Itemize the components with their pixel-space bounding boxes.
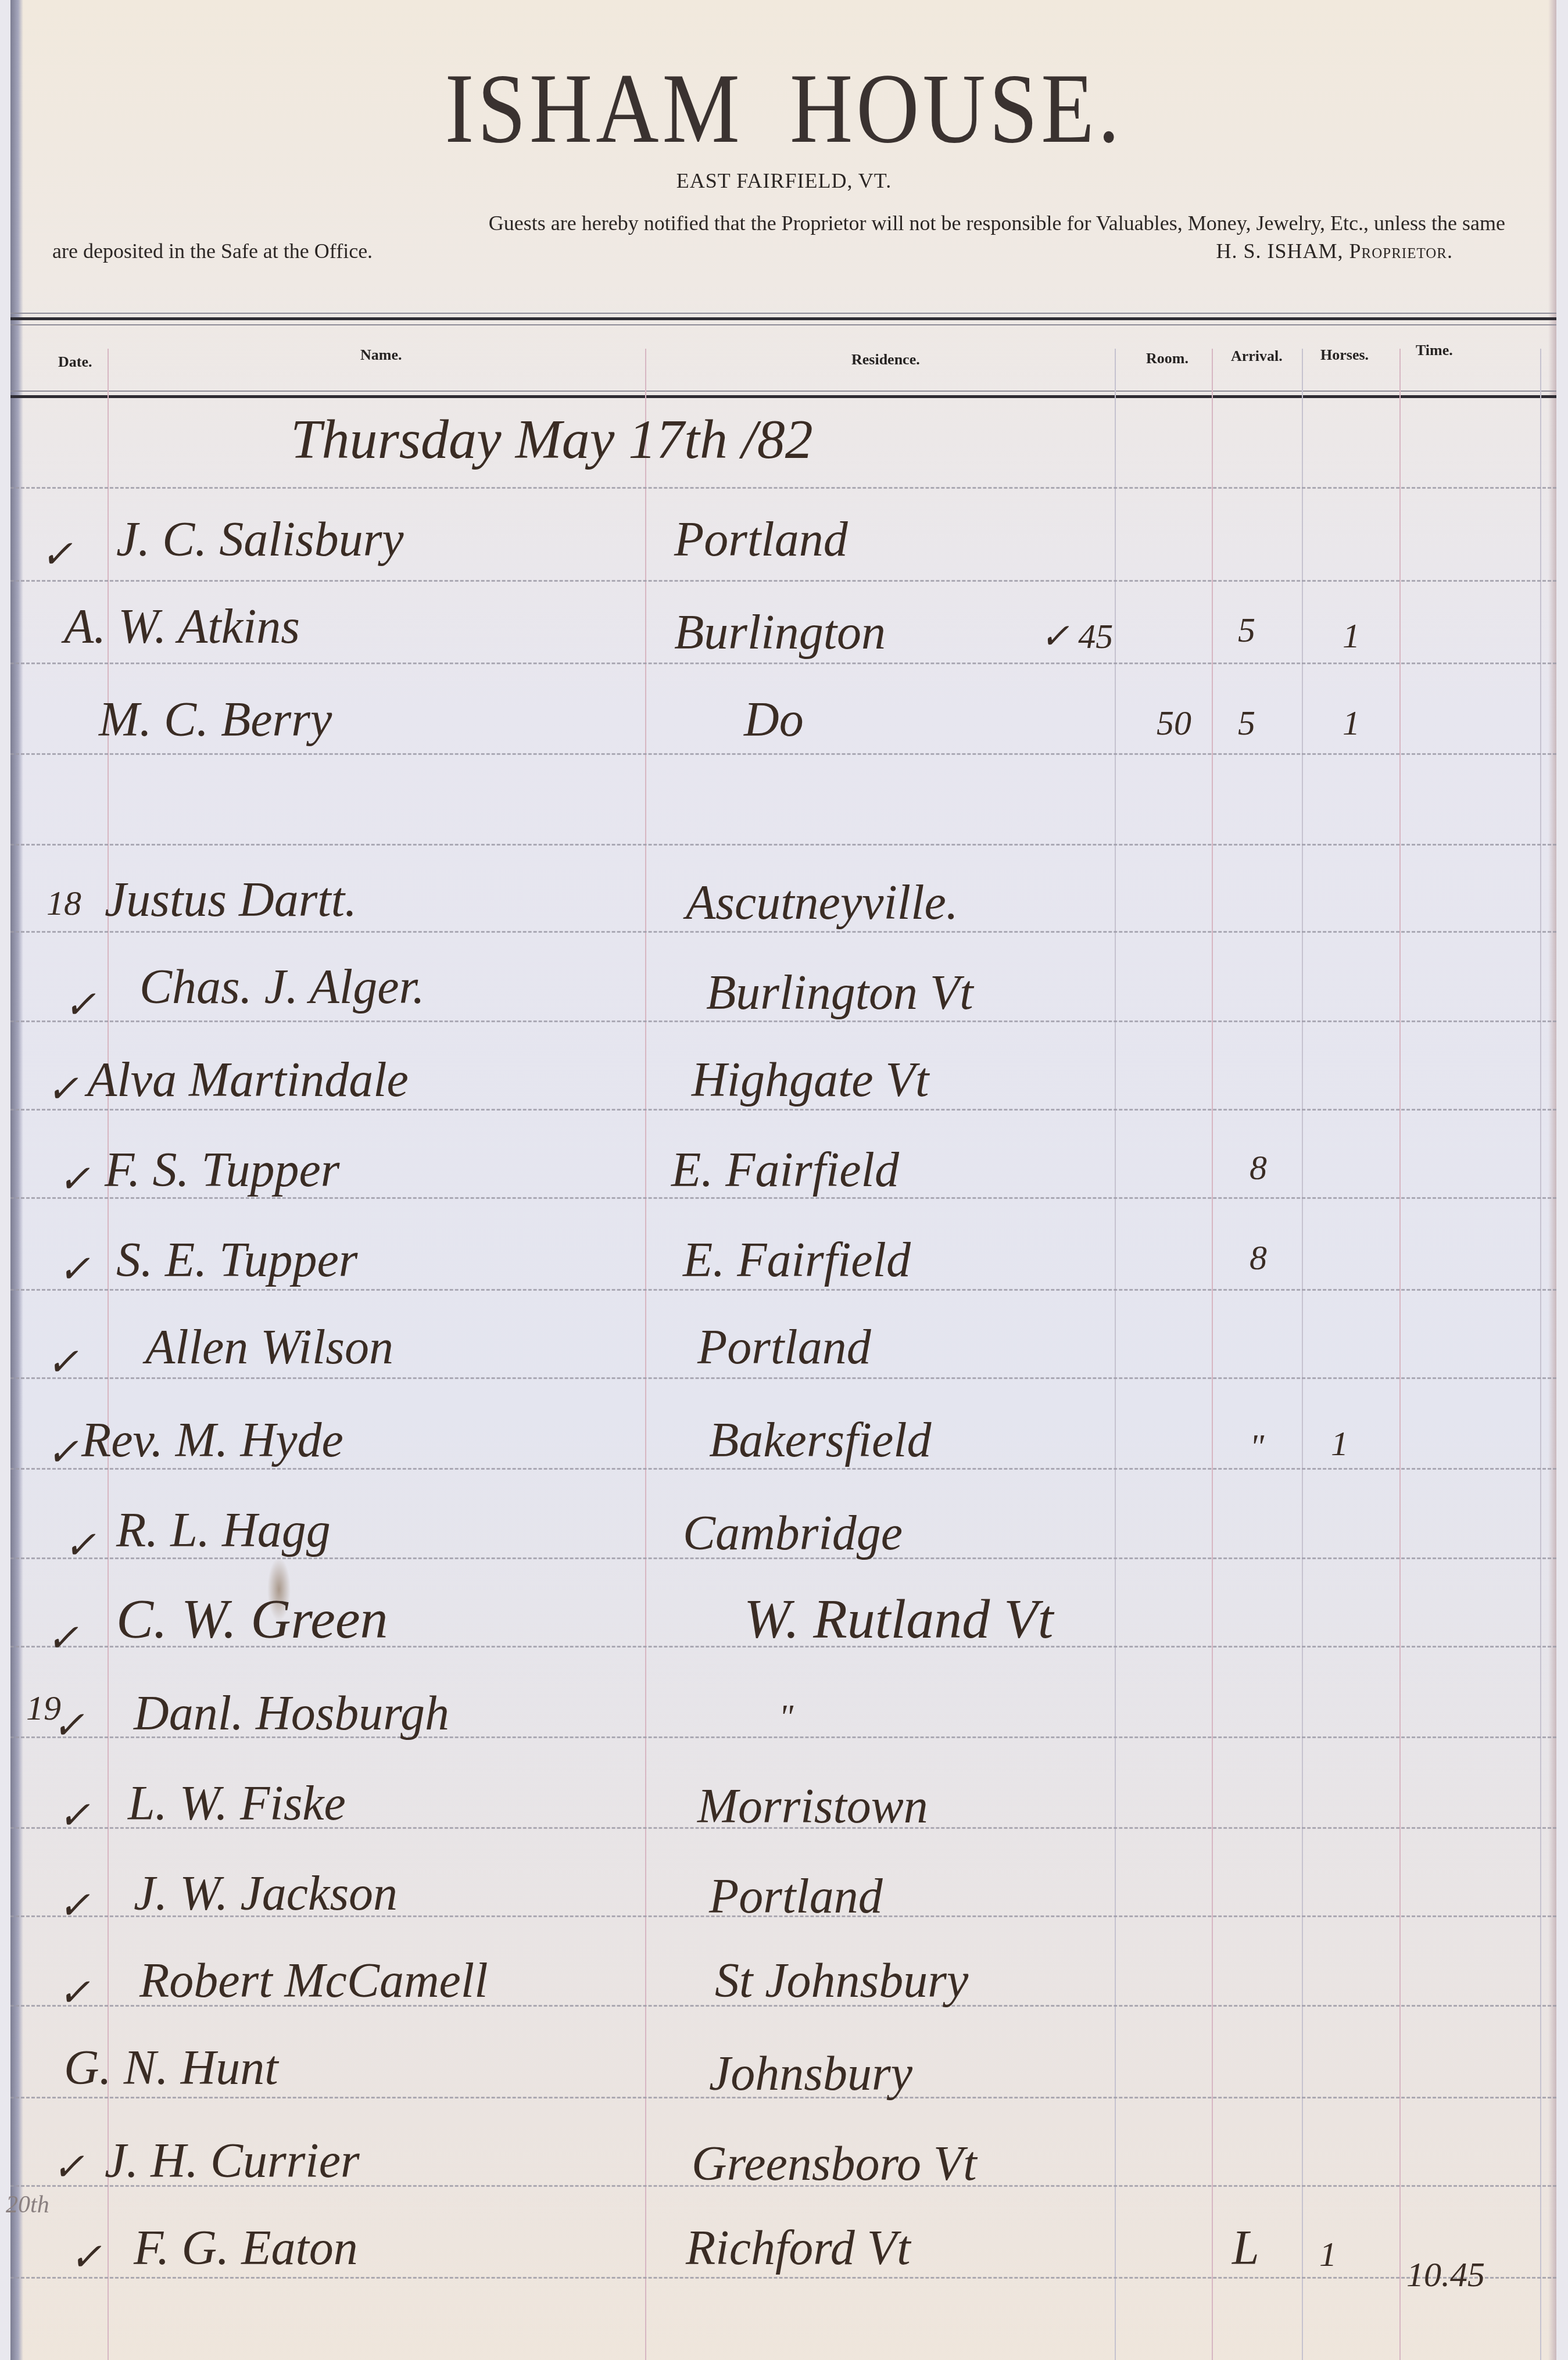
date-heading: Thursday May 17th /82 [291, 407, 813, 471]
guest-name: Allen Wilson [145, 1319, 393, 1376]
guest-residence: Burlington Vt [706, 965, 973, 1021]
guest-name: A. W. Atkins [64, 599, 300, 655]
guest-residence: Burlington [674, 604, 886, 661]
proprietor-signature: H. S. ISHAM, Proprietor. [1216, 237, 1453, 265]
checkmark-icon: ✓ [46, 1340, 78, 1385]
guest-name: J. C. Salisbury [116, 511, 404, 568]
column-divider-time [1540, 349, 1541, 2360]
checkmark-icon: ✓ [64, 1523, 96, 1568]
checkmark-icon: ✓ [52, 2144, 84, 2190]
guest-name: F. S. Tupper [105, 1142, 340, 1198]
guest-name: C. W. Green [116, 1587, 388, 1651]
column-divider-horses [1399, 349, 1401, 2360]
guest-name: J. W. Jackson [134, 1865, 398, 1922]
column-divider-name [645, 349, 646, 2360]
arrival-value: 5 [1238, 610, 1255, 650]
guest-name: Robert McCamell [139, 1953, 488, 2009]
notice-line-2: are deposited in the Safe at the Office. [52, 237, 373, 265]
column-header-residence: Residence. [851, 351, 920, 368]
guest-residence: Cambridge [683, 1505, 903, 1562]
guest-residence: Do [744, 692, 804, 748]
guest-name: R. L. Hagg [116, 1502, 331, 1559]
checkmark-icon: ✓ [58, 1156, 90, 1202]
hotel-title: ISHAMHOUSE. [0, 51, 1568, 166]
column-header-arrival: Arrival. [1231, 348, 1283, 365]
date-value: 20th [6, 2191, 49, 2219]
header-rule-bottom-thick [10, 395, 1556, 398]
row-line [10, 931, 1556, 933]
guest-residence: Morristown [697, 1778, 928, 1835]
checkmark-icon: ✓ [58, 1970, 90, 2015]
checkmark-icon: ✓ [58, 1247, 90, 1292]
row-line [10, 1289, 1556, 1291]
guest-residence: St Johnsbury [715, 1953, 968, 2009]
guest-name: M. C. Berry [99, 692, 332, 748]
horses-value: 1 [1343, 616, 1360, 656]
guest-name: G. N. Hunt [64, 2040, 278, 2096]
time-value: 10.45 [1406, 2255, 1485, 2295]
horses-value: 1 [1319, 2234, 1337, 2275]
row-line [10, 2277, 1556, 2279]
column-header-name: Name. [360, 346, 402, 364]
checkmark-icon: ✓ [46, 1430, 78, 1475]
room-number: ✓ 45 [1040, 616, 1113, 657]
row-line [10, 662, 1556, 664]
arrival-value: L [1232, 2220, 1259, 2276]
guest-residence: Highgate Vt [692, 1052, 929, 1108]
room-number: 50 [1157, 703, 1191, 743]
arrival-value: " [1250, 1427, 1264, 1467]
column-divider-room [1212, 349, 1213, 2360]
guest-residence: Portland [674, 511, 848, 568]
column-header-time: Time. [1416, 342, 1453, 359]
row-line [10, 753, 1556, 755]
row-line [10, 1109, 1556, 1111]
checkmark-icon: ✓ [58, 1883, 90, 1928]
guest-residence: E. Fairfield [671, 1142, 899, 1198]
row-line [10, 487, 1556, 489]
horses-value: 1 [1343, 703, 1360, 743]
checkmark-icon: ✓ [52, 1703, 84, 1748]
guest-residence: Greensboro Vt [692, 2136, 977, 2192]
horses-value: 1 [1331, 1424, 1348, 1464]
arrival-value: 8 [1250, 1238, 1267, 1278]
guest-residence: Ascutneyville. [686, 875, 958, 931]
guest-name: Chas. J. Alger. [139, 959, 425, 1015]
guest-residence: Richford Vt [686, 2220, 911, 2276]
arrival-value: 5 [1238, 703, 1255, 743]
guest-residence: E. Fairfield [683, 1232, 911, 1288]
checkmark-icon: ✓ [46, 1066, 78, 1112]
date-value: 18 [46, 883, 81, 923]
hotel-location: EAST FAIRFIELD, VT. [0, 169, 1568, 193]
header-rule-bottom-thin [10, 391, 1556, 392]
notice-block: Guests are hereby notified that the Prop… [52, 209, 1517, 265]
column-header-date: Date. [58, 353, 92, 371]
row-line [10, 844, 1556, 846]
title-word-2: HOUSE. [790, 53, 1123, 164]
title-word-1: ISHAM [445, 53, 743, 164]
column-header-horses: Horses. [1320, 346, 1369, 364]
guest-name: Alva Martindale [87, 1052, 409, 1108]
notice-line-1: Guests are hereby notified that the Prop… [52, 209, 1517, 237]
guest-residence: W. Rutland Vt [744, 1587, 1053, 1651]
arrival-value: 8 [1250, 1148, 1267, 1188]
guest-name: S. E. Tupper [116, 1232, 357, 1288]
guest-residence: Johnsbury [709, 2046, 912, 2102]
checkmark-icon: ✓ [58, 1793, 90, 1838]
column-header-room: Room. [1146, 350, 1188, 367]
header-rule-top-thin-2 [10, 324, 1556, 325]
row-line [10, 1377, 1556, 1379]
guest-name: J. H. Currier [105, 2133, 360, 2189]
guest-residence: Portland [709, 1868, 883, 1925]
checkmark-icon: ✓ [46, 1616, 78, 1661]
column-divider-residence [1115, 349, 1116, 2360]
notice-line-2-row: are deposited in the Safe at the Office.… [52, 237, 1517, 265]
guest-name: Danl. Hosburgh [134, 1685, 449, 1742]
column-divider-arrival [1302, 349, 1303, 2360]
guest-name: L. W. Fiske [128, 1775, 346, 1832]
checkmark-icon: ✓ [70, 2234, 102, 2280]
guest-residence: " [779, 1697, 793, 1737]
header-rule-top-thin [10, 313, 1556, 314]
guest-residence: Portland [697, 1319, 871, 1376]
header-rule-top-thick [10, 317, 1556, 320]
checkmark-icon: ✓ [41, 532, 73, 577]
guest-name: Rev. M. Hyde [81, 1412, 343, 1469]
checkmark-icon: ✓ [64, 982, 96, 1027]
guest-residence: Bakersfield [709, 1412, 932, 1469]
row-line [10, 580, 1556, 582]
guest-name: Justus Dartt. [105, 872, 357, 928]
guest-name: F. G. Eaton [134, 2220, 358, 2276]
